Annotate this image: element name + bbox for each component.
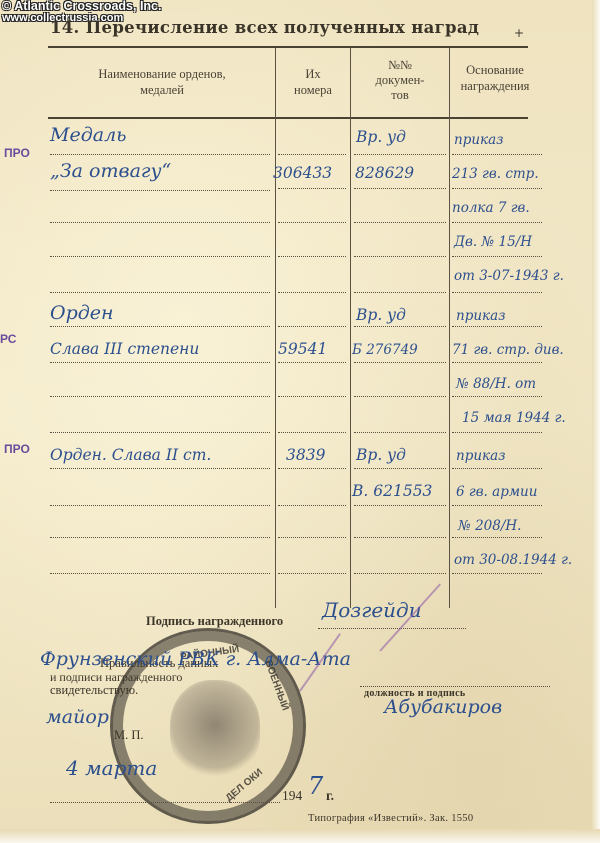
document-number-line: В. 621553	[352, 482, 432, 500]
certifying-office: Фрунзенский РВК г. Алма-Ата	[40, 648, 351, 670]
side-stamp: РС	[0, 332, 16, 346]
award-name-line: Медаль	[50, 124, 127, 146]
officer-rank: майор	[46, 706, 109, 728]
title-mark: +	[514, 26, 524, 40]
date-day-month: 4 марта	[66, 756, 157, 780]
recipient-signature-label: Подпись награжденного	[146, 614, 283, 629]
header-award-basis-line-2: награждения	[450, 78, 540, 94]
header-award-name-line-1: Наименование орденов,	[52, 66, 272, 82]
side-stamp: ПРО	[4, 442, 30, 456]
date-year-suffix: 7	[308, 772, 323, 800]
document-number-line: Вр. уд	[356, 128, 406, 146]
header-document-numbers-line-2: докумен-	[351, 73, 449, 88]
award-basis-line: 6 гв. армии	[456, 484, 537, 500]
award-number: 59541	[278, 340, 327, 358]
document-number-line: Вр. уд	[356, 306, 406, 324]
document-number-line: Б 276749	[352, 342, 418, 358]
award-number: 306433	[273, 164, 332, 182]
section-title: 14. Перечисление всех полученных наград	[50, 18, 479, 37]
certification-label-3: свидетельствую.	[50, 683, 138, 698]
award-name-line: Орден	[50, 302, 114, 324]
header-award-basis: Основание награждения	[450, 62, 540, 94]
column-divider-3	[449, 48, 450, 608]
watermark-line-1: © Atlantic Crossroads, Inc.	[2, 0, 161, 12]
header-award-numbers-line-1: Их	[276, 66, 350, 82]
header-document-numbers-line-1: №№	[351, 58, 449, 73]
column-divider-2	[350, 48, 351, 608]
award-basis-line: от 3-07-1943 г.	[454, 268, 564, 284]
column-divider-1	[275, 48, 276, 608]
header-award-basis-line-1: Основание	[450, 62, 540, 78]
officer-signature: Абубакиров	[384, 696, 502, 718]
award-basis-line: Дв. № 15/Н	[454, 234, 532, 250]
award-name-line: Орден. Слава II ст.	[50, 446, 211, 464]
page-edge-right	[592, 0, 600, 843]
award-basis-line: от 30-08.1944 г.	[454, 552, 572, 568]
date-year-prefix: 194	[282, 788, 302, 804]
header-award-name: Наименование орденов, медалей	[52, 66, 272, 98]
date-year-unit: г.	[326, 788, 334, 804]
date-line	[50, 802, 280, 803]
award-basis-line: приказ	[456, 308, 506, 324]
header-award-numbers-line-2: номера	[276, 82, 350, 98]
award-basis-line: 213 гв. стр.	[452, 166, 539, 182]
award-basis-line: № 88/Н. от	[456, 376, 536, 392]
award-name-line: „За отвагу“	[50, 160, 171, 182]
header-document-numbers-line-3: тов	[351, 88, 449, 103]
recipient-signature-line	[318, 628, 466, 629]
award-number: 3839	[286, 446, 325, 464]
header-award-numbers: Их номера	[276, 66, 350, 98]
table-top-rule	[48, 46, 528, 48]
page-edge-bottom	[0, 829, 600, 843]
document-number-line: 828629	[355, 164, 414, 182]
printer-imprint: Типография «Известий». Зак. 1550	[308, 813, 473, 824]
position-signature-line	[360, 686, 550, 687]
header-document-numbers: №№ докумен- тов	[351, 58, 449, 103]
seal-emblem	[170, 680, 260, 780]
award-basis-line: № 208/Н.	[458, 518, 521, 534]
document-number-line: Вр. уд	[356, 446, 406, 464]
award-basis-line: приказ	[454, 132, 504, 148]
award-basis-line: полка 7 гв.	[452, 200, 530, 216]
side-stamp: ПРО	[4, 146, 30, 160]
award-basis-line: приказ	[456, 448, 506, 464]
header-award-name-line-2: медалей	[52, 82, 272, 98]
award-basis-line: 15 мая 1944 г.	[462, 410, 566, 426]
award-basis-line: 71 гв. стр. див.	[452, 342, 564, 358]
table-header-rule	[48, 117, 528, 119]
award-name-line: Слава III степени	[50, 340, 199, 358]
seal-placement-label: М. П.	[114, 728, 144, 743]
